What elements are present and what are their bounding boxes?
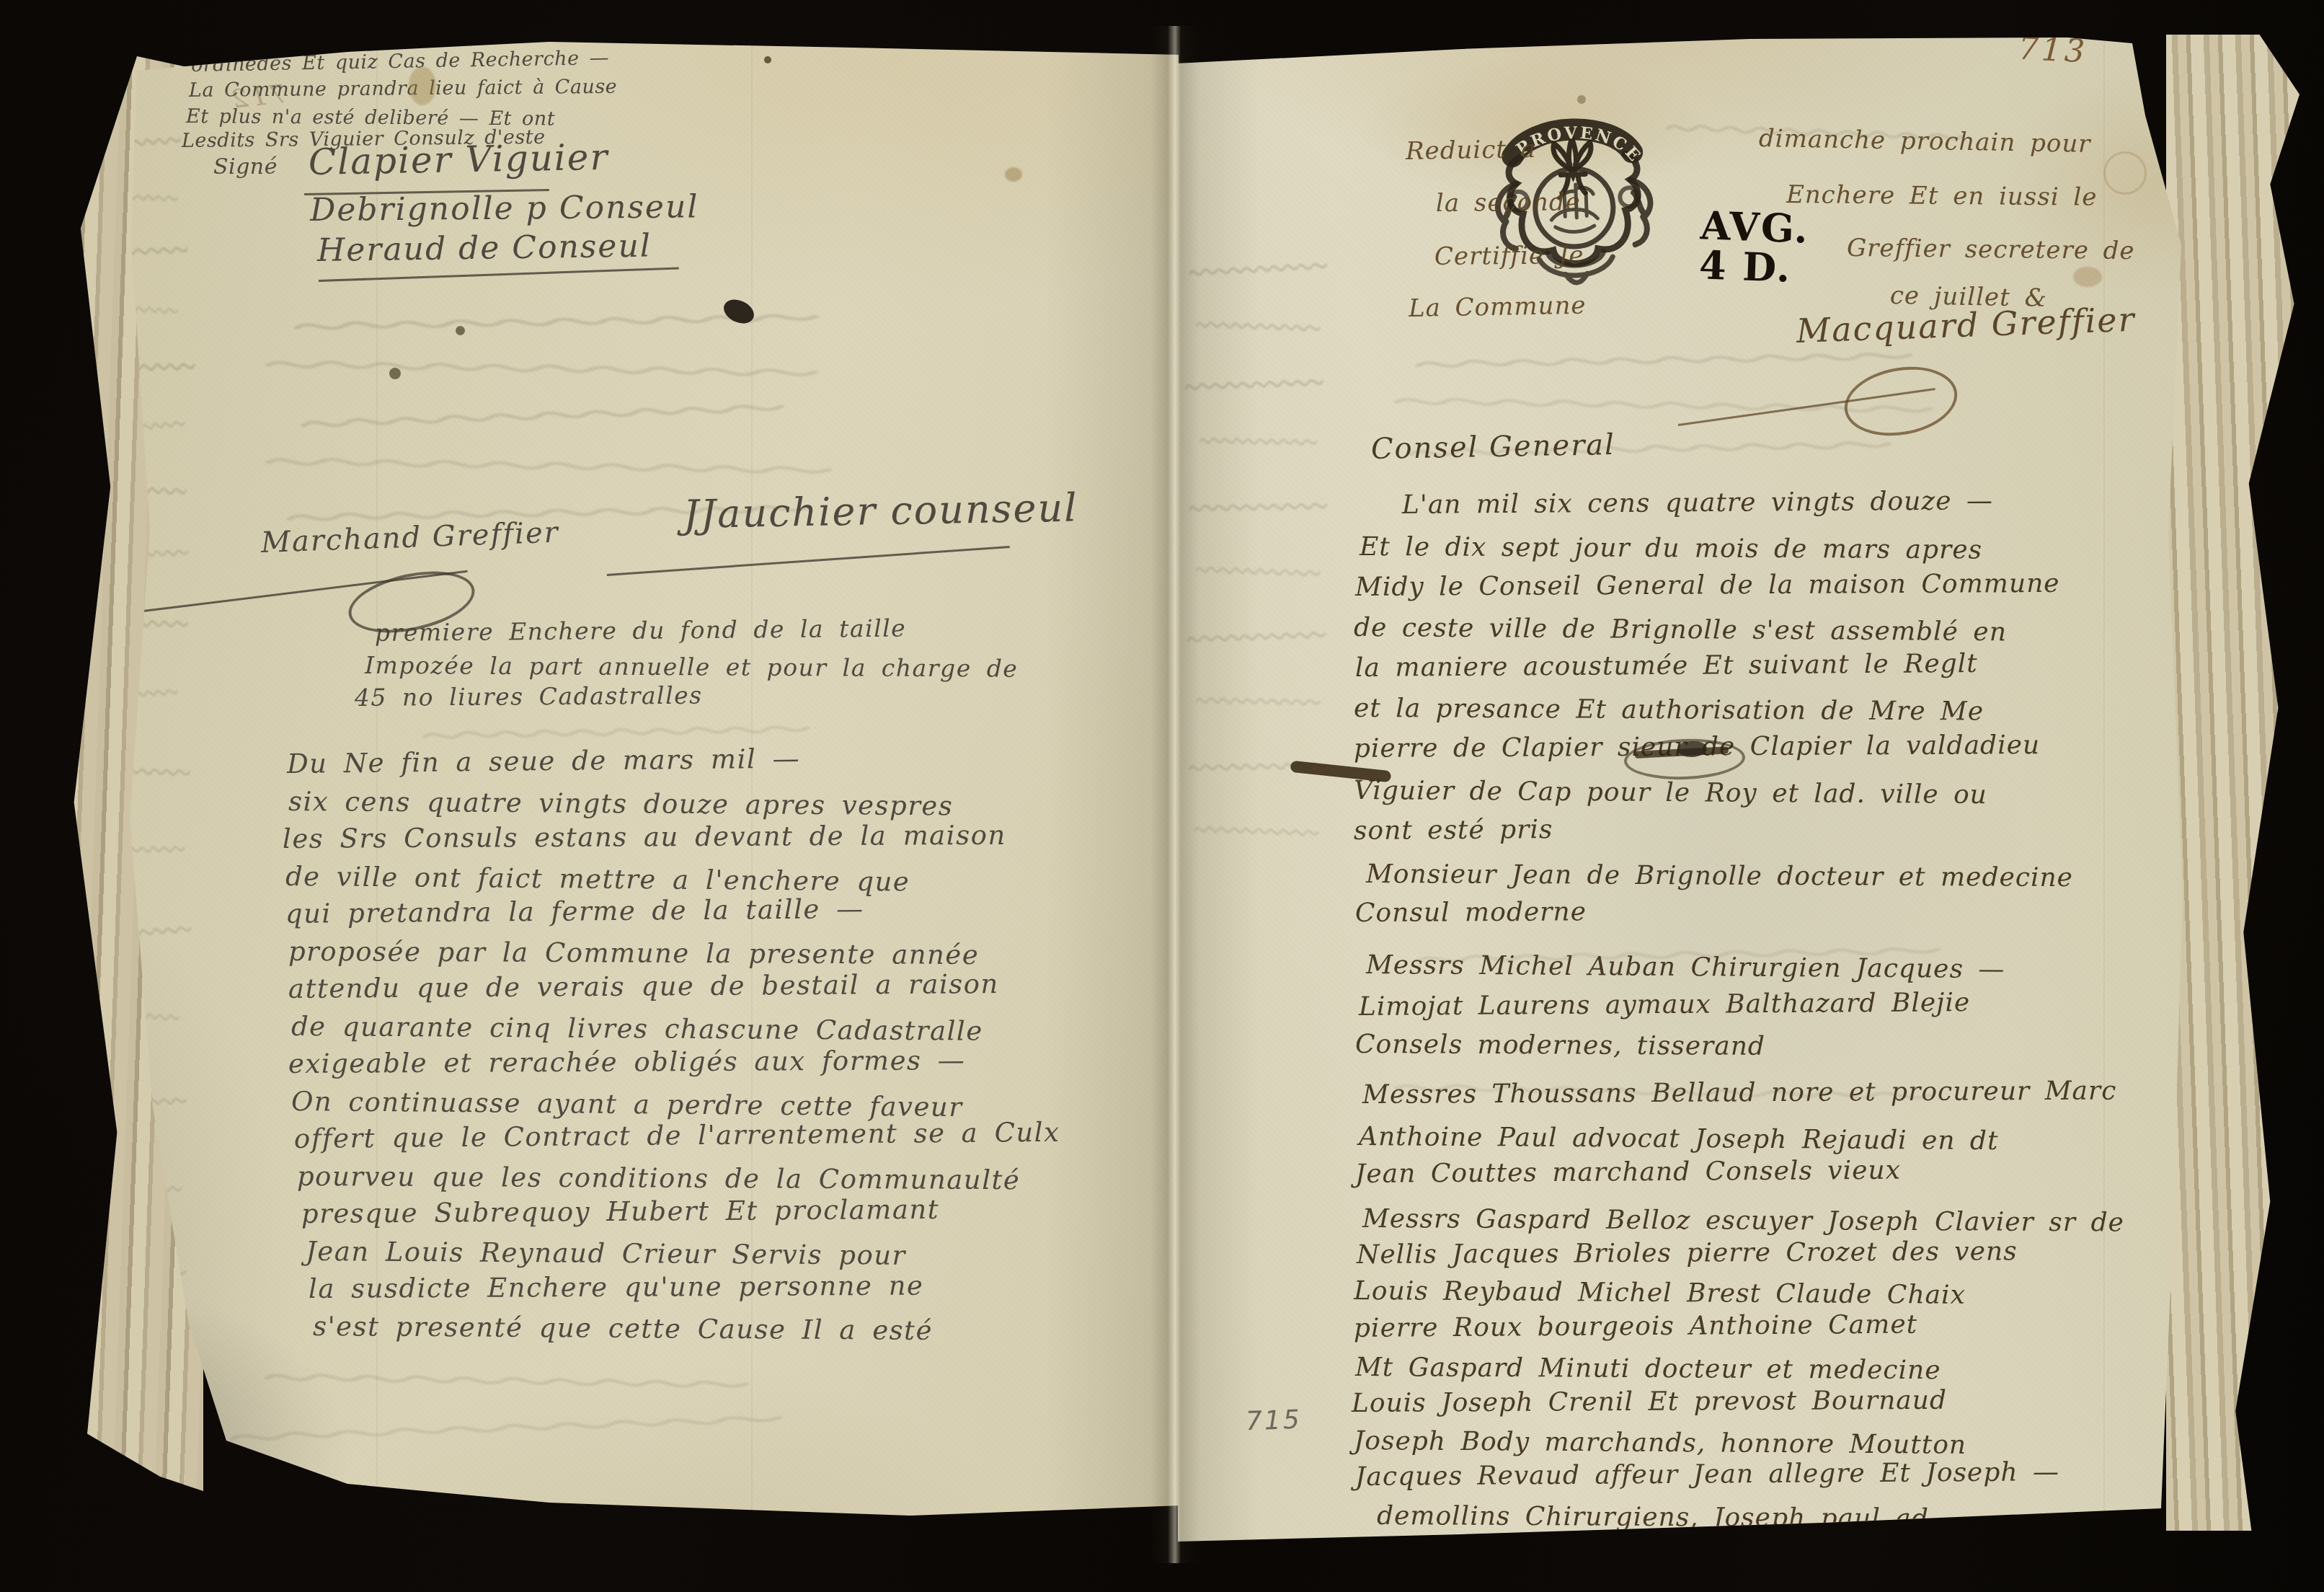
manuscript-line: Jean Couttes marchand Consels vieux (1355, 1156, 1901, 1189)
manuscript-line: Jean Louis Reynaud Crieur Servis pour (306, 1236, 906, 1271)
signature-paraph (1839, 358, 1963, 444)
manuscript-line: Nellis Jacques Brioles pierre Crozet des… (1357, 1237, 2018, 1270)
manuscript-line: proposée par la Commune la presente anné… (288, 936, 979, 970)
signature-debrignolle: Debrignolle p Conseul (310, 188, 699, 229)
manuscript-line: demollins Chirurgiens, Joseph paul ad (1377, 1501, 1929, 1534)
signature-jauchier: JJauchier counseul (683, 485, 1078, 537)
signature-flourish (319, 267, 679, 282)
manuscript-line: Messres Thoussans Bellaud nore et procur… (1362, 1076, 2117, 1110)
manuscript-line: premiere Enchere du fond de la taille (375, 614, 907, 647)
bleedthrough-squiggle (1195, 315, 1326, 337)
manuscript-line: Viguier de Cap pour le Roy et lad. ville… (1354, 776, 1987, 810)
bleedthrough-squiggle (1188, 496, 1332, 517)
manuscript-line: Signé (213, 154, 278, 180)
paper-stain (1005, 167, 1022, 182)
folio-number: 713 (2018, 30, 2089, 71)
manuscript-line: Anthoine Paul advocat Joseph Rejaudi en … (1359, 1122, 1999, 1156)
manuscript-line: sont esté pris (1354, 815, 1553, 846)
page-right: 713 (1174, 29, 2240, 1565)
manuscript-line: Limojat Laurens aymaux Balthazard Blejie (1359, 988, 1970, 1022)
manuscript-line: attendu que de verais que de bestail a r… (288, 968, 999, 1004)
manuscript-line: Joseph Body marchands, honnore Moutton (1354, 1426, 1966, 1460)
manuscript-line: Consels modernes, tisserand (1355, 1030, 1765, 1061)
bleedthrough-squiggle (1184, 373, 1329, 397)
page-left: 712 ordinedes Et quiz Cas de Recherche —… (45, 26, 1180, 1562)
manuscript-line: La Commune (1409, 291, 1587, 323)
manuscript-line: de quarante cinq livres chascune Cadastr… (291, 1011, 983, 1047)
signature-heraud: Heraud de Conseul (317, 228, 652, 269)
manuscript-line: Louis Reybaud Michel Brest Claude Chaix (1354, 1276, 1966, 1310)
manuscript-line: exigeable et rerachée obligés aux formes… (288, 1045, 965, 1079)
manuscript-line: Messrs Michel Auban Chirurgien Jacques — (1366, 950, 2005, 984)
manuscript-line: Du Ne fin a seue de mars mil — (287, 743, 800, 779)
council-heading: Consel General (1371, 428, 1616, 466)
manuscript-line: Greffier secretere de (1847, 234, 2135, 265)
signature-macquard-greffier: Macquard Greffier (1796, 300, 2136, 350)
manuscript-line: presque Subrequoy Hubert Et proclamant (301, 1194, 939, 1229)
manuscript-line: de ville ont faict mettre a l'enchere qu… (285, 861, 910, 898)
signature-flourish (607, 546, 1010, 576)
manuscript-line: Consul moderne (1355, 897, 1587, 928)
manuscript-line: qui pretandra la ferme de la taille — (285, 893, 864, 929)
manuscript-line: Et le dix sept jour du mois de mars apre… (1360, 532, 1982, 565)
bleedthrough-squiggle (1195, 691, 1325, 711)
manuscript-line: s'est presenté que cette Cause Il a esté (313, 1311, 933, 1346)
manuscript-line: 45 no liures Cadastralles (355, 681, 703, 712)
bleedthrough-squiggle (420, 718, 823, 746)
manuscript-line: et la presance Et authorisation de Mre M… (1354, 694, 1984, 727)
manuscript-line: Certiffie Je (1434, 241, 1584, 271)
bleedthrough-squiggle (1187, 256, 1332, 282)
manuscript-line: la maniere acoustumée Et suivant le Regl… (1355, 649, 1978, 683)
ink-blot (389, 368, 401, 379)
manuscript-line: Louis Joseph Crenil Et prevost Bournaud (1352, 1386, 1947, 1418)
manuscript-line: dimanche prochain pour (1759, 124, 2091, 159)
manuscript-line: Impozée la part annuelle et pour la char… (365, 651, 1019, 683)
bleedthrough-squiggle (1187, 625, 1331, 649)
manuscript-line: offert que le Contract de l'arrentement … (294, 1117, 1060, 1154)
manuscript-line: Enchere Et en iussi le (1786, 180, 2098, 212)
bleedthrough-squiggle (290, 306, 838, 337)
manuscript-line: Midy le Conseil General de la maison Com… (1355, 569, 2060, 602)
manuscript-line: la seconde (1436, 187, 1581, 218)
bleedthrough-squiggle (1194, 820, 1324, 842)
duty-stamp-bottom: 4 D. (1698, 245, 1809, 288)
ink-blot (1290, 761, 1392, 783)
pencil-folio-number: 715 (1245, 1405, 1302, 1437)
bleedthrough-squiggle (1195, 560, 1326, 583)
paper-stain (2103, 151, 2147, 195)
bleedthrough-squiggle (261, 450, 852, 482)
manuscript-line: pourveu que les conditions de la Communa… (297, 1161, 1021, 1195)
manuscript-line: Messrs Gaspard Belloz escuyer Joseph Cla… (1362, 1204, 2124, 1238)
paper-stain (764, 56, 771, 63)
ink-blot (456, 326, 465, 335)
manuscript-line: pierre Roux bourgeois Anthoine Camet (1354, 1310, 1917, 1343)
manuscript-line: Monsieur Jean de Brignolle docteur et me… (1366, 859, 2073, 893)
duty-stamp: AVG. 4 D. (1698, 205, 1810, 288)
manuscript-line: de ceste ville de Brignolle s'est assemb… (1354, 613, 2007, 647)
bleedthrough-squiggle (261, 1366, 766, 1395)
bleedthrough-squiggle (297, 396, 802, 435)
bleedthrough-squiggle (225, 1407, 802, 1448)
paper-stain (2073, 267, 2102, 287)
manuscript-line: Jacques Revaud affeur Jean allegre Et Jo… (1355, 1457, 2059, 1492)
bleedthrough-squiggle (1199, 432, 1321, 451)
manuscript-line: ordinedes Et quiz Cas de Recherche — (191, 47, 610, 76)
manuscript-line: Mt Gaspard Minuti docteur et medecine (1355, 1353, 1941, 1385)
manuscript-line: six cens quatre vingts douze apres vespr… (288, 786, 954, 821)
manuscript-line: On continuasse ayant a perdre cette fave… (291, 1086, 963, 1123)
manuscript-line: L'an mil six cens quatre vingts douze — (1402, 486, 1993, 520)
manuscript-line: les Srs Consuls estans au devant de la m… (283, 820, 1006, 854)
page-stack-edges-right (2166, 35, 2299, 1531)
bleedthrough-squiggle (1411, 345, 1930, 375)
manuscript-line: Reduict a (1406, 135, 1537, 166)
manuscript-line: La Commune prandra lieu faict à Cause (189, 76, 618, 102)
manuscript-line: la susdicte Enchere qu'une personne ne (309, 1270, 924, 1304)
signature-clapier-viguier: Clapier Viguier (308, 136, 608, 183)
signature-marchand-greffier: Marchand Greffier (260, 516, 559, 560)
